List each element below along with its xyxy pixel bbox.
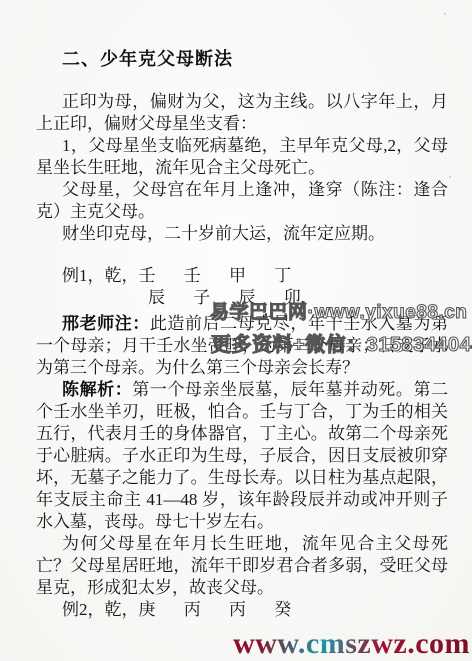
closing-paragraph: 为何父母星在年月长生旺地，流年见合主父母死亡？父母星居旺地，流年干即岁君合者多弱… xyxy=(36,533,448,599)
body-paragraph-4: 财坐印克母，二十岁前大运，流年定应期。 xyxy=(36,223,448,245)
teacher-note-label: 邢老师注： xyxy=(62,314,150,333)
watermark-bottom-url: www.cmszwz.com xyxy=(233,629,470,659)
section-title: 二、少年克父母断法 xyxy=(62,47,448,72)
watermark-site-url: 易学巴巴网·www.yixue88.cn xyxy=(210,297,467,324)
scan-speck xyxy=(444,13,446,15)
analysis-text: 第一个母亲坐辰墓，辰年墓并动死。第二个壬水坐羊刃，旺极，怕合。壬与丁合，丁为壬的… xyxy=(36,380,448,531)
example-2-chart: 例2，乾，庚 丙 丙 癸 xyxy=(36,599,448,621)
watermark-wechat-contact: 更多资料+微信：3158344044 xyxy=(211,328,472,357)
analysis-label: 陈解析： xyxy=(62,380,132,399)
example-1-stems-line: 例1，乾，壬 壬 甲 丁 xyxy=(36,265,448,287)
body-paragraph-3: 父母星，父母宫在年月上逢冲，逢穿（陈注：逢合克）主克父母。 xyxy=(36,179,448,223)
example-2-stems-line: 例2，乾，庚 丙 丙 癸 xyxy=(36,599,448,621)
scan-speck xyxy=(310,496,312,498)
scan-speck xyxy=(449,176,451,178)
analysis-paragraph: 陈解析：第一个母亲坐辰墓，辰年墓并动死。第二个壬水坐羊刃，旺极，怕合。壬与丁合，… xyxy=(36,379,448,533)
scanned-book-page: 二、少年克父母断法 正印为母，偏财为父，这为主线。以八字年上，月上正印，偏财父母… xyxy=(0,0,472,661)
body-paragraph-1: 正印为母，偏财为父，这为主线。以八字年上，月上正印，偏财父母星坐支看： xyxy=(36,91,448,135)
body-paragraph-2: 1，父母星坐支临死病墓绝，主早年克父母,2，父母星坐长生旺地，流年见合主父母死亡… xyxy=(36,135,448,179)
